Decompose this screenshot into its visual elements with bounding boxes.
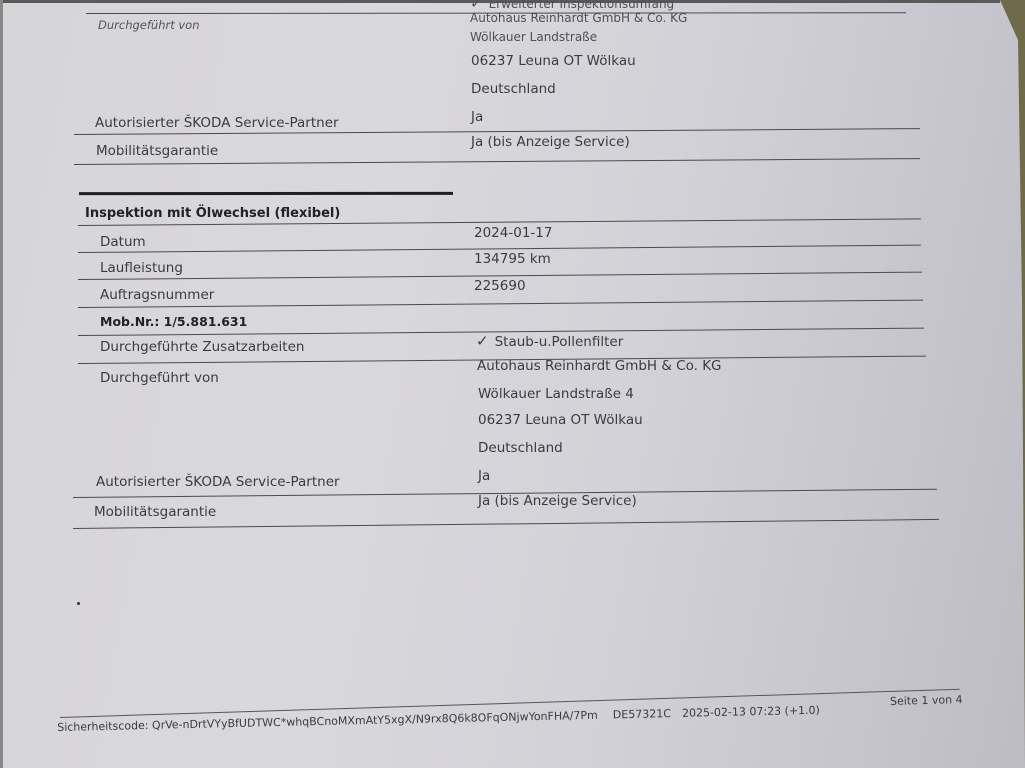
performed-by-line-3: 06237 Leuna OT Wölkau	[478, 412, 643, 428]
section-title: Inspektion mit Ölwechsel (flexibel)	[85, 206, 340, 221]
left-edge	[0, 0, 3, 768]
divider	[73, 519, 939, 529]
authorized-partner-value: Ja	[478, 468, 490, 484]
extra-work-value: ✓Staub-u.Pollenfilter	[476, 332, 623, 350]
previous-performed-by-line-4: Deutschland	[471, 81, 556, 97]
previous-mobility-value: Ja (bis Anzeige Service)	[471, 134, 630, 150]
previous-performed-by-line-1: Autohaus Reinhardt GmbH & Co. KG	[470, 11, 687, 25]
previous-performed-by-line-3: 06237 Leuna OT Wölkau	[471, 53, 636, 69]
extra-work-text: Staub-u.Pollenfilter	[495, 334, 624, 350]
dealer-code: DE57321C	[613, 707, 671, 721]
performed-by-line-2: Wölkauer Landstraße 4	[478, 386, 634, 402]
performed-by-line-4: Deutschland	[478, 440, 563, 456]
section-rule	[79, 192, 453, 195]
previous-authorized-partner-label: Autorisierter ŠKODA Service-Partner	[95, 115, 339, 131]
mobility-value: Ja (bis Anzeige Service)	[478, 493, 637, 509]
date-label: Datum	[100, 234, 146, 250]
previous-performed-by-label: Durchgeführt von	[98, 18, 200, 32]
check-icon: ✓	[476, 332, 489, 350]
previous-mobility-label: Mobilitätsgarantie	[96, 143, 218, 159]
mileage-label: Laufleistung	[100, 260, 183, 276]
page-number: Seite 1 von 4	[890, 693, 963, 708]
date-value: 2024-01-17	[474, 225, 552, 241]
previous-top-item-text: Erweiterter Inspektionsumfang	[489, 0, 675, 11]
mob-nr: Mob.Nr.: 1/5.881.631	[100, 314, 247, 329]
paper-speck	[77, 602, 80, 605]
divider	[74, 158, 920, 165]
previous-performed-by-line-2: Wölkauer Landstraße	[470, 30, 597, 44]
previous-authorized-partner-value: Ja	[471, 109, 483, 125]
order-number-label: Auftragsnummer	[100, 287, 214, 303]
performed-by-label: Durchgeführt von	[100, 370, 219, 386]
extra-work-label: Durchgeführte Zusatzarbeiten	[100, 339, 304, 355]
mileage-value: 134795 km	[474, 251, 551, 267]
paper-sheet: ✓Erweiterter Inspektionsumfang Durchgefü…	[0, 0, 1025, 768]
authorized-partner-label: Autorisierter ŠKODA Service-Partner	[96, 474, 340, 490]
order-number-value: 225690	[474, 278, 526, 294]
footer-timestamp: 2025-02-13 07:23 (+1.0)	[682, 704, 820, 720]
performed-by-line-1: Autohaus Reinhardt GmbH & Co. KG	[477, 358, 722, 374]
mobility-label: Mobilitätsgarantie	[94, 504, 216, 520]
security-code: Sicherheitscode: QrVe-nDrtVYyBfUDTWC*whq…	[57, 709, 598, 734]
